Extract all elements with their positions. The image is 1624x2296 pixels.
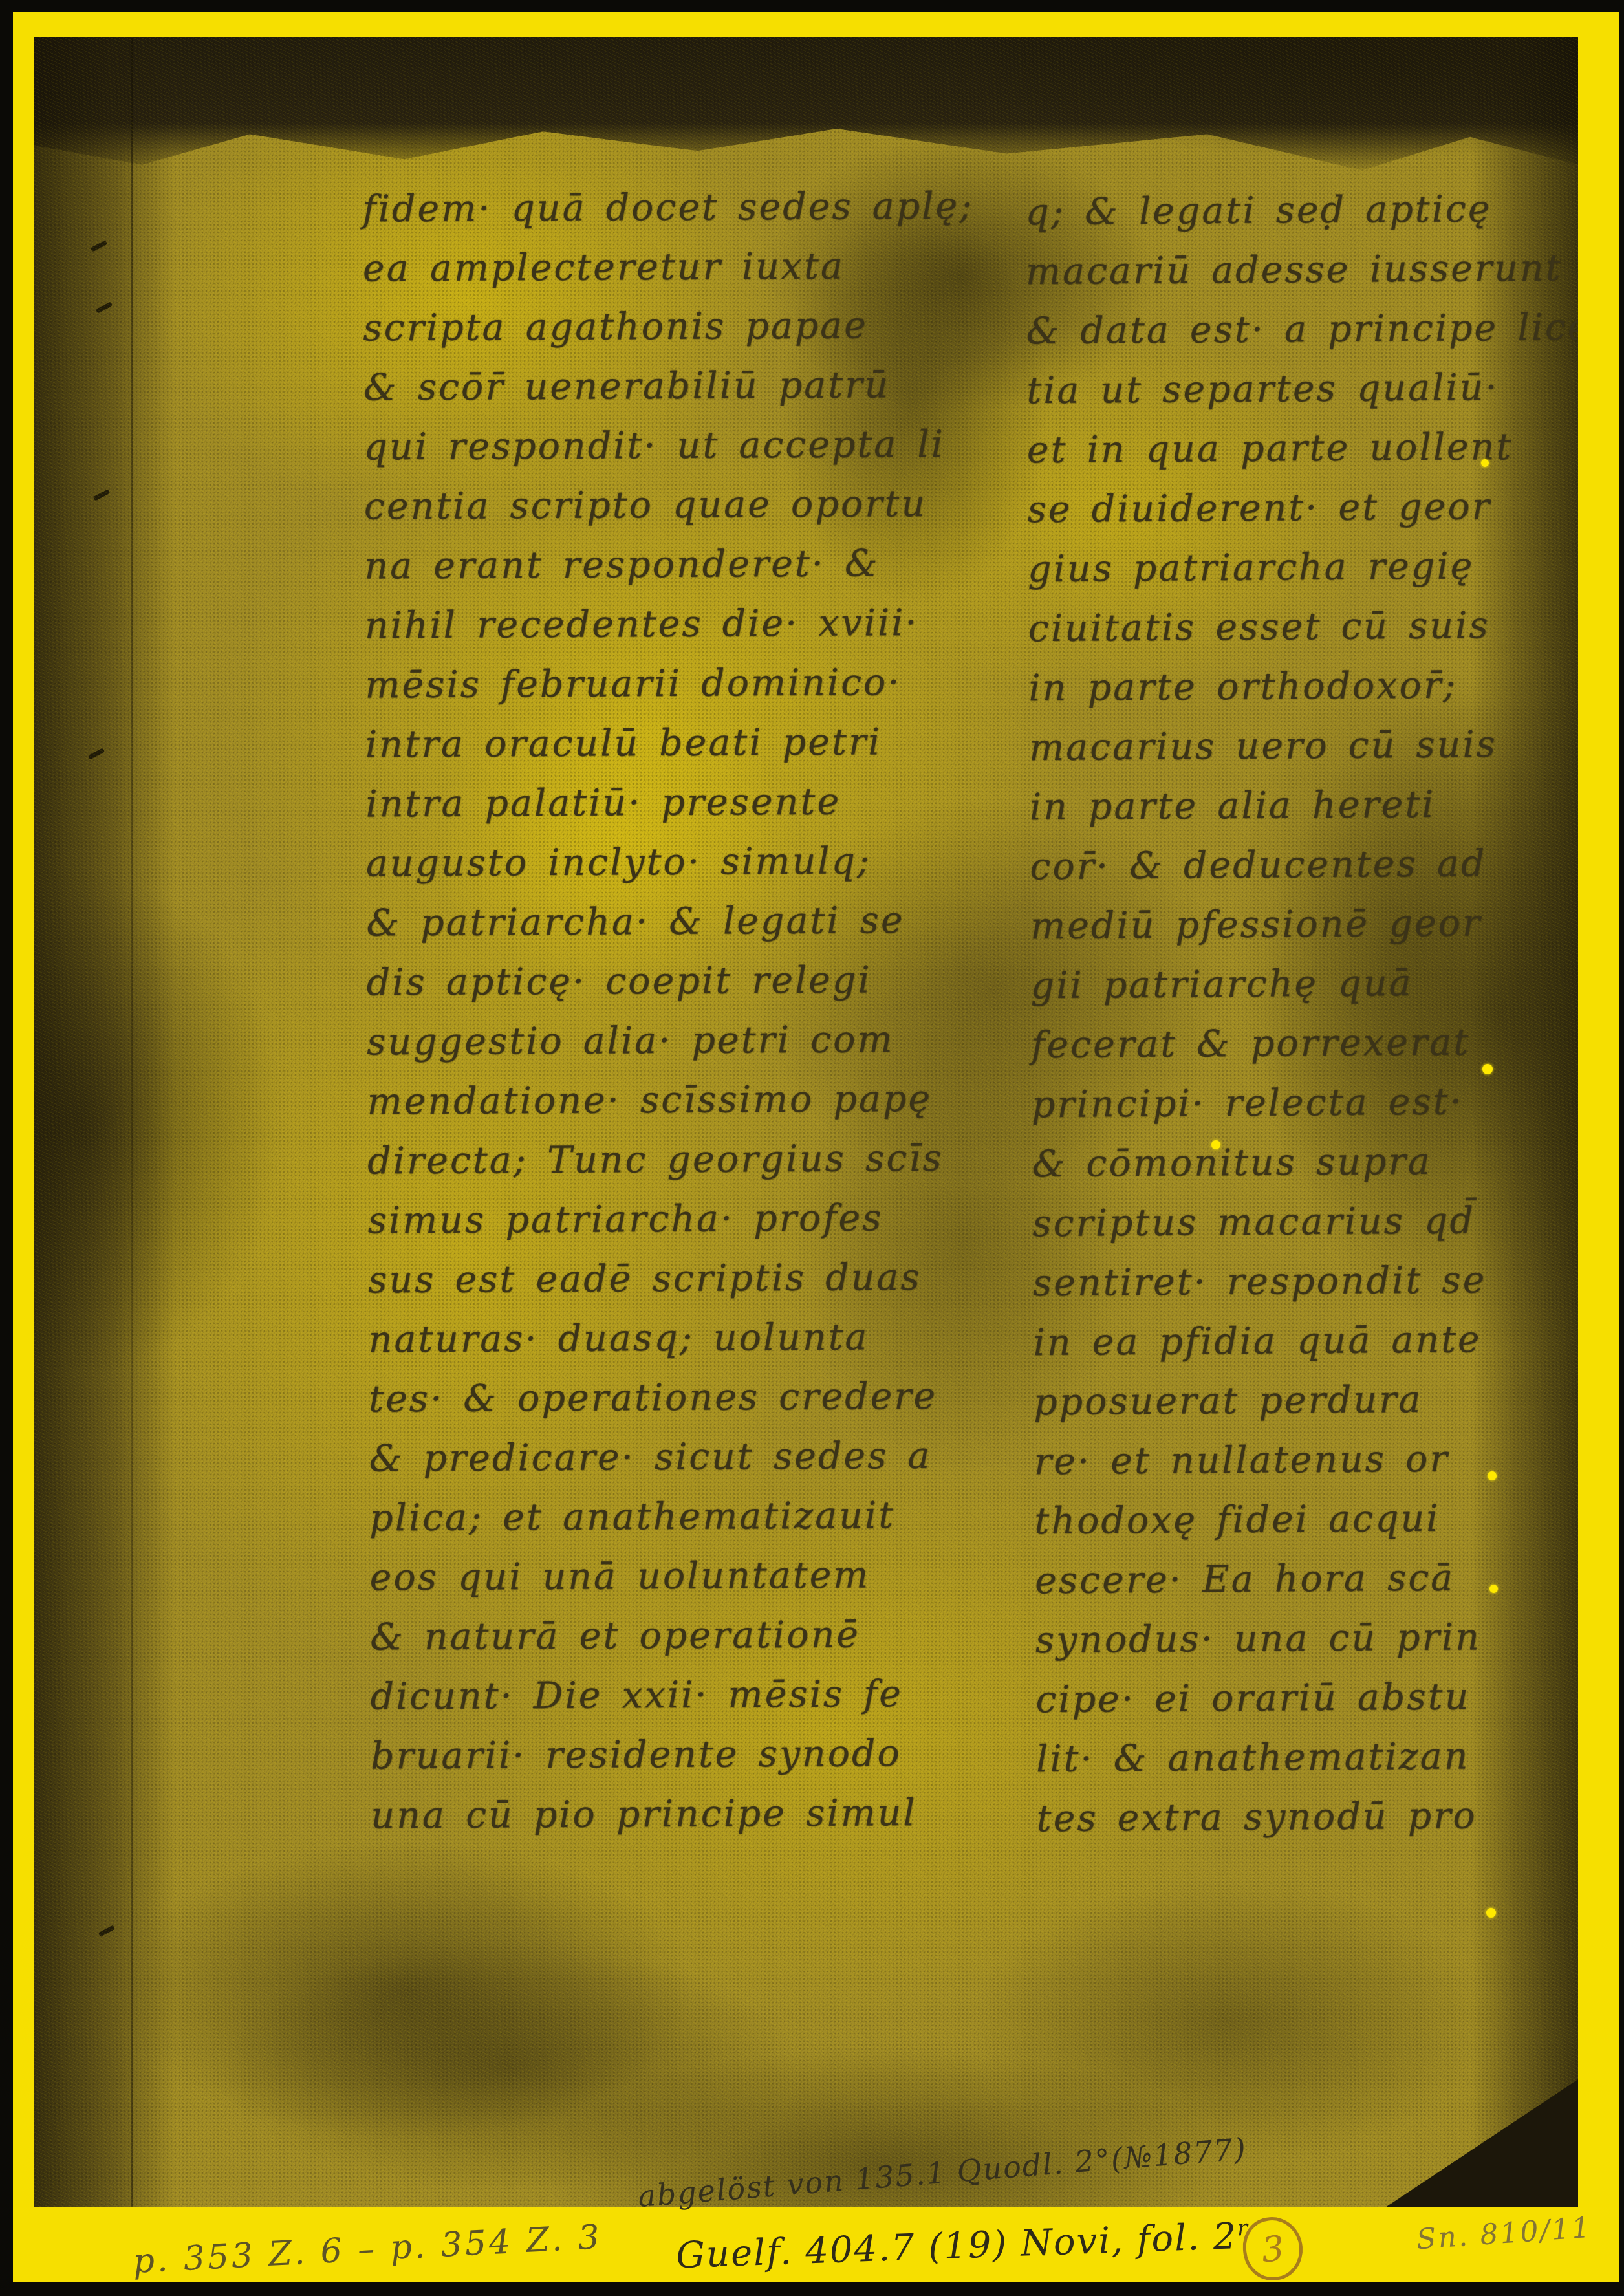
scanned-card: fidem· quā docet sedes aplę;ea amplecter…	[0, 0, 1624, 2296]
circled-number-text: 3	[1260, 2227, 1286, 2270]
stain	[215, 1945, 797, 2191]
manuscript-line: gius patriarcha regię	[1028, 536, 1578, 599]
manuscript-line: cor̄· & deducentes ad	[1030, 833, 1578, 896]
manuscript-line: macarius uero cū suis	[1029, 714, 1578, 777]
manuscript-line: dicunt· Die xxii· mēsis fe	[370, 1664, 981, 1727]
manuscript-line: & predicare· sicut sedes a	[369, 1426, 980, 1489]
manuscript-line: bruarii· residente synodo	[371, 1724, 982, 1786]
right-text-column: q; & legati seḍ apticęmacariū adesse ius…	[1025, 179, 1578, 1848]
manuscript-line: principi· relecta est·	[1032, 1071, 1578, 1134]
manuscript-line: & patriarcha· & legati se	[366, 891, 977, 953]
manuscript-line: se diuiderent· et geor	[1027, 476, 1578, 539]
manuscript-line: pposuerat perdura	[1034, 1369, 1578, 1432]
manuscript-line: fecerat & porrexerat	[1031, 1012, 1578, 1075]
manuscript-line: scripta agathonis papae	[363, 296, 974, 358]
manuscript-line: plica; et anathematizauit	[369, 1486, 980, 1548]
manuscript-line: ea amplecteretur iuxta	[363, 236, 974, 299]
spine-shadow	[34, 37, 176, 2207]
manuscript-line: macariū adesse iusserunt	[1026, 238, 1578, 301]
manuscript-line: in parte orthodoxor̄;	[1028, 655, 1578, 718]
manuscript-line: & naturā et operationē	[370, 1605, 981, 1667]
manuscript-line: dis apticę· coepit relegi	[367, 950, 978, 1013]
manuscript-line: et in qua parte uollent	[1027, 417, 1578, 480]
stain	[971, 1880, 1489, 2165]
manuscript-photo: fidem· quā docet sedes aplę;ea amplecter…	[34, 37, 1578, 2207]
fold-crease	[131, 37, 133, 2207]
manuscript-line: lit· & anathematizan	[1036, 1726, 1578, 1789]
yellow-speck	[1488, 1471, 1497, 1480]
manuscript-line: augusto inclyto· simulq;	[366, 831, 977, 894]
manuscript-line: tia ut separtes qualiū·	[1026, 357, 1578, 420]
manuscript-line: intra palatiū· presente	[365, 772, 977, 834]
manuscript-line: mēsis februarii dominico·	[365, 653, 976, 715]
manuscript-line: centia scripto quae oportu	[364, 474, 975, 537]
manuscript-line: & data est· a principe licen	[1026, 298, 1578, 361]
manuscript-line: in parte alia hereti	[1029, 774, 1578, 837]
manuscript-line: in ea pfidia quā ante	[1033, 1309, 1578, 1372]
manuscript-line: simus patriarcha· profes	[367, 1188, 979, 1251]
manuscript-line: mediū pfessionē geor	[1030, 893, 1578, 956]
yellow-speck	[1481, 459, 1489, 467]
manuscript-line: suggestio alia· petri com	[367, 1010, 978, 1072]
manuscript-line: sentiret· respondit se	[1033, 1250, 1578, 1313]
manuscript-line: sus est eadē scriptis duas	[368, 1248, 979, 1310]
manuscript-line: cipe· ei orariū abstu	[1035, 1666, 1578, 1729]
manuscript-line: & scōr̄ uenerabiliū patrū	[363, 355, 975, 418]
manuscript-line: & cōmonitus supra	[1032, 1131, 1578, 1194]
yellow-speck	[1482, 1064, 1493, 1074]
manuscript-line: synodus· una cū prin	[1035, 1607, 1578, 1670]
yellow-speck	[1486, 1908, 1496, 1918]
manuscript-line: escere· Ea hora scā	[1035, 1547, 1578, 1610]
manuscript-line: intra oraculū beati petri	[365, 712, 977, 775]
yellow-speck	[1489, 1585, 1498, 1593]
manuscript-line: q; & legati seḍ apticę	[1025, 179, 1578, 242]
manuscript-line: nihil recedentes die· xviii·	[365, 593, 976, 656]
manuscript-line: naturas· duasq; uolunta	[368, 1307, 979, 1370]
manuscript-line: tes· & operationes credere	[369, 1367, 980, 1429]
manuscript-line: thodoxę fidei acqui	[1034, 1488, 1578, 1551]
manuscript-line: una cū pio principe simul	[371, 1783, 982, 1846]
manuscript-line: na erant responderet· &	[364, 534, 975, 596]
manuscript-line: directa; Tunc georgius scīs	[367, 1129, 979, 1191]
yellow-speck	[1211, 1140, 1220, 1149]
manuscript-line: gii patriarchę quā	[1030, 952, 1578, 1015]
left-text-column: fidem· quā docet sedes aplę;ea amplecter…	[362, 177, 982, 1846]
manuscript-line: tes extra synodū pro	[1036, 1785, 1578, 1848]
manuscript-line: qui respondit· ut accepta li	[363, 415, 975, 477]
manuscript-line: re· et nullatenus or	[1034, 1428, 1578, 1491]
manuscript-line: eos qui unā uoluntatem	[369, 1545, 980, 1608]
manuscript-line: scriptus macarius qd̄	[1032, 1190, 1578, 1253]
manuscript-line: fidem· quā docet sedes aplę;	[362, 177, 973, 239]
manuscript-line: ciuitatis esset cū suis	[1028, 595, 1578, 658]
manuscript-line: mendatione· scīssimo papę	[367, 1069, 978, 1132]
